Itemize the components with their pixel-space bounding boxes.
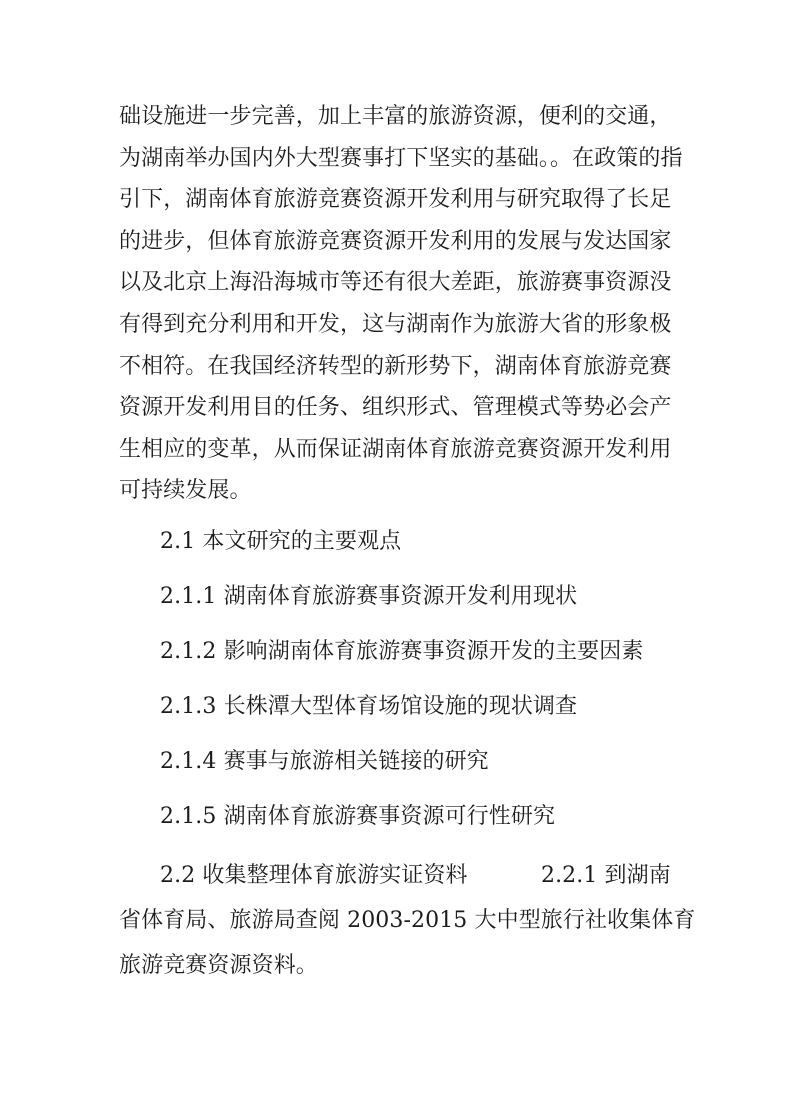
text-line: 为湖南举办国内外大型赛事打下坚实的基础。。在政策的指: [119, 138, 679, 180]
text-line: 的进步，但体育旅游竞赛资源开发利用的发展与发达国家: [119, 221, 679, 263]
section-heading-2-1-3: 2.1.3 长株潭大型体育场馆设施的现状调查: [119, 679, 679, 734]
section-heading-2-1-4: 2.1.4 赛事与旅游相关链接的研究: [119, 734, 679, 789]
section-heading-2-1-2: 2.1.2 影响湖南体育旅游赛事资源开发的主要因素: [119, 624, 679, 679]
text-line: 引下，湖南体育旅游竞赛资源开发利用与研究取得了长足: [119, 179, 679, 221]
text-line: 有得到充分利用和开发，这与湖南作为旅游大省的形象极: [119, 304, 679, 346]
text-line: 2.2 收集整理体育旅游实证资料 2.2.1 到湖南: [119, 853, 679, 898]
body-paragraph: 础设施进一步完善，加上丰富的旅游资源，便利的交通， 为湖南举办国内外大型赛事打下…: [119, 96, 679, 512]
section-heading-2-1-5: 2.1.5 湖南体育旅游赛事资源可行性研究: [119, 789, 679, 844]
text-line: 础设施进一步完善，加上丰富的旅游资源，便利的交通，: [119, 96, 679, 138]
page-content: 础设施进一步完善，加上丰富的旅游资源，便利的交通， 为湖南举办国内外大型赛事打下…: [119, 96, 679, 988]
text-line: 可持续发展。: [119, 470, 679, 512]
body-paragraph: 2.2 收集整理体育旅游实证资料 2.2.1 到湖南 省体育局、旅游局查阅 20…: [119, 853, 679, 988]
text-line: 旅游竞赛资源资料。: [119, 943, 679, 988]
section-heading-2-1-1: 2.1.1 湖南体育旅游赛事资源开发利用现状: [119, 569, 679, 624]
section-heading-2-1: 2.1 本文研究的主要观点: [119, 514, 679, 569]
section-heading-list: 2.1 本文研究的主要观点 2.1.1 湖南体育旅游赛事资源开发利用现状 2.1…: [119, 514, 679, 844]
document-page: 础设施进一步完善，加上丰富的旅游资源，便利的交通， 为湖南举办国内外大型赛事打下…: [0, 0, 792, 1120]
text-line: 资源开发利用目的任务、组织形式、管理模式等势必会产: [119, 387, 679, 429]
text-line: 不相符。在我国经济转型的新形势下，湖南体育旅游竞赛: [119, 346, 679, 388]
text-line: 以及北京上海沿海城市等还有很大差距，旅游赛事资源没: [119, 262, 679, 304]
text-line: 省体育局、旅游局查阅 2003-2015 大中型旅行社收集体育: [119, 898, 679, 943]
text-line: 生相应的变革，从而保证湖南体育旅游竞赛资源开发利用: [119, 429, 679, 471]
